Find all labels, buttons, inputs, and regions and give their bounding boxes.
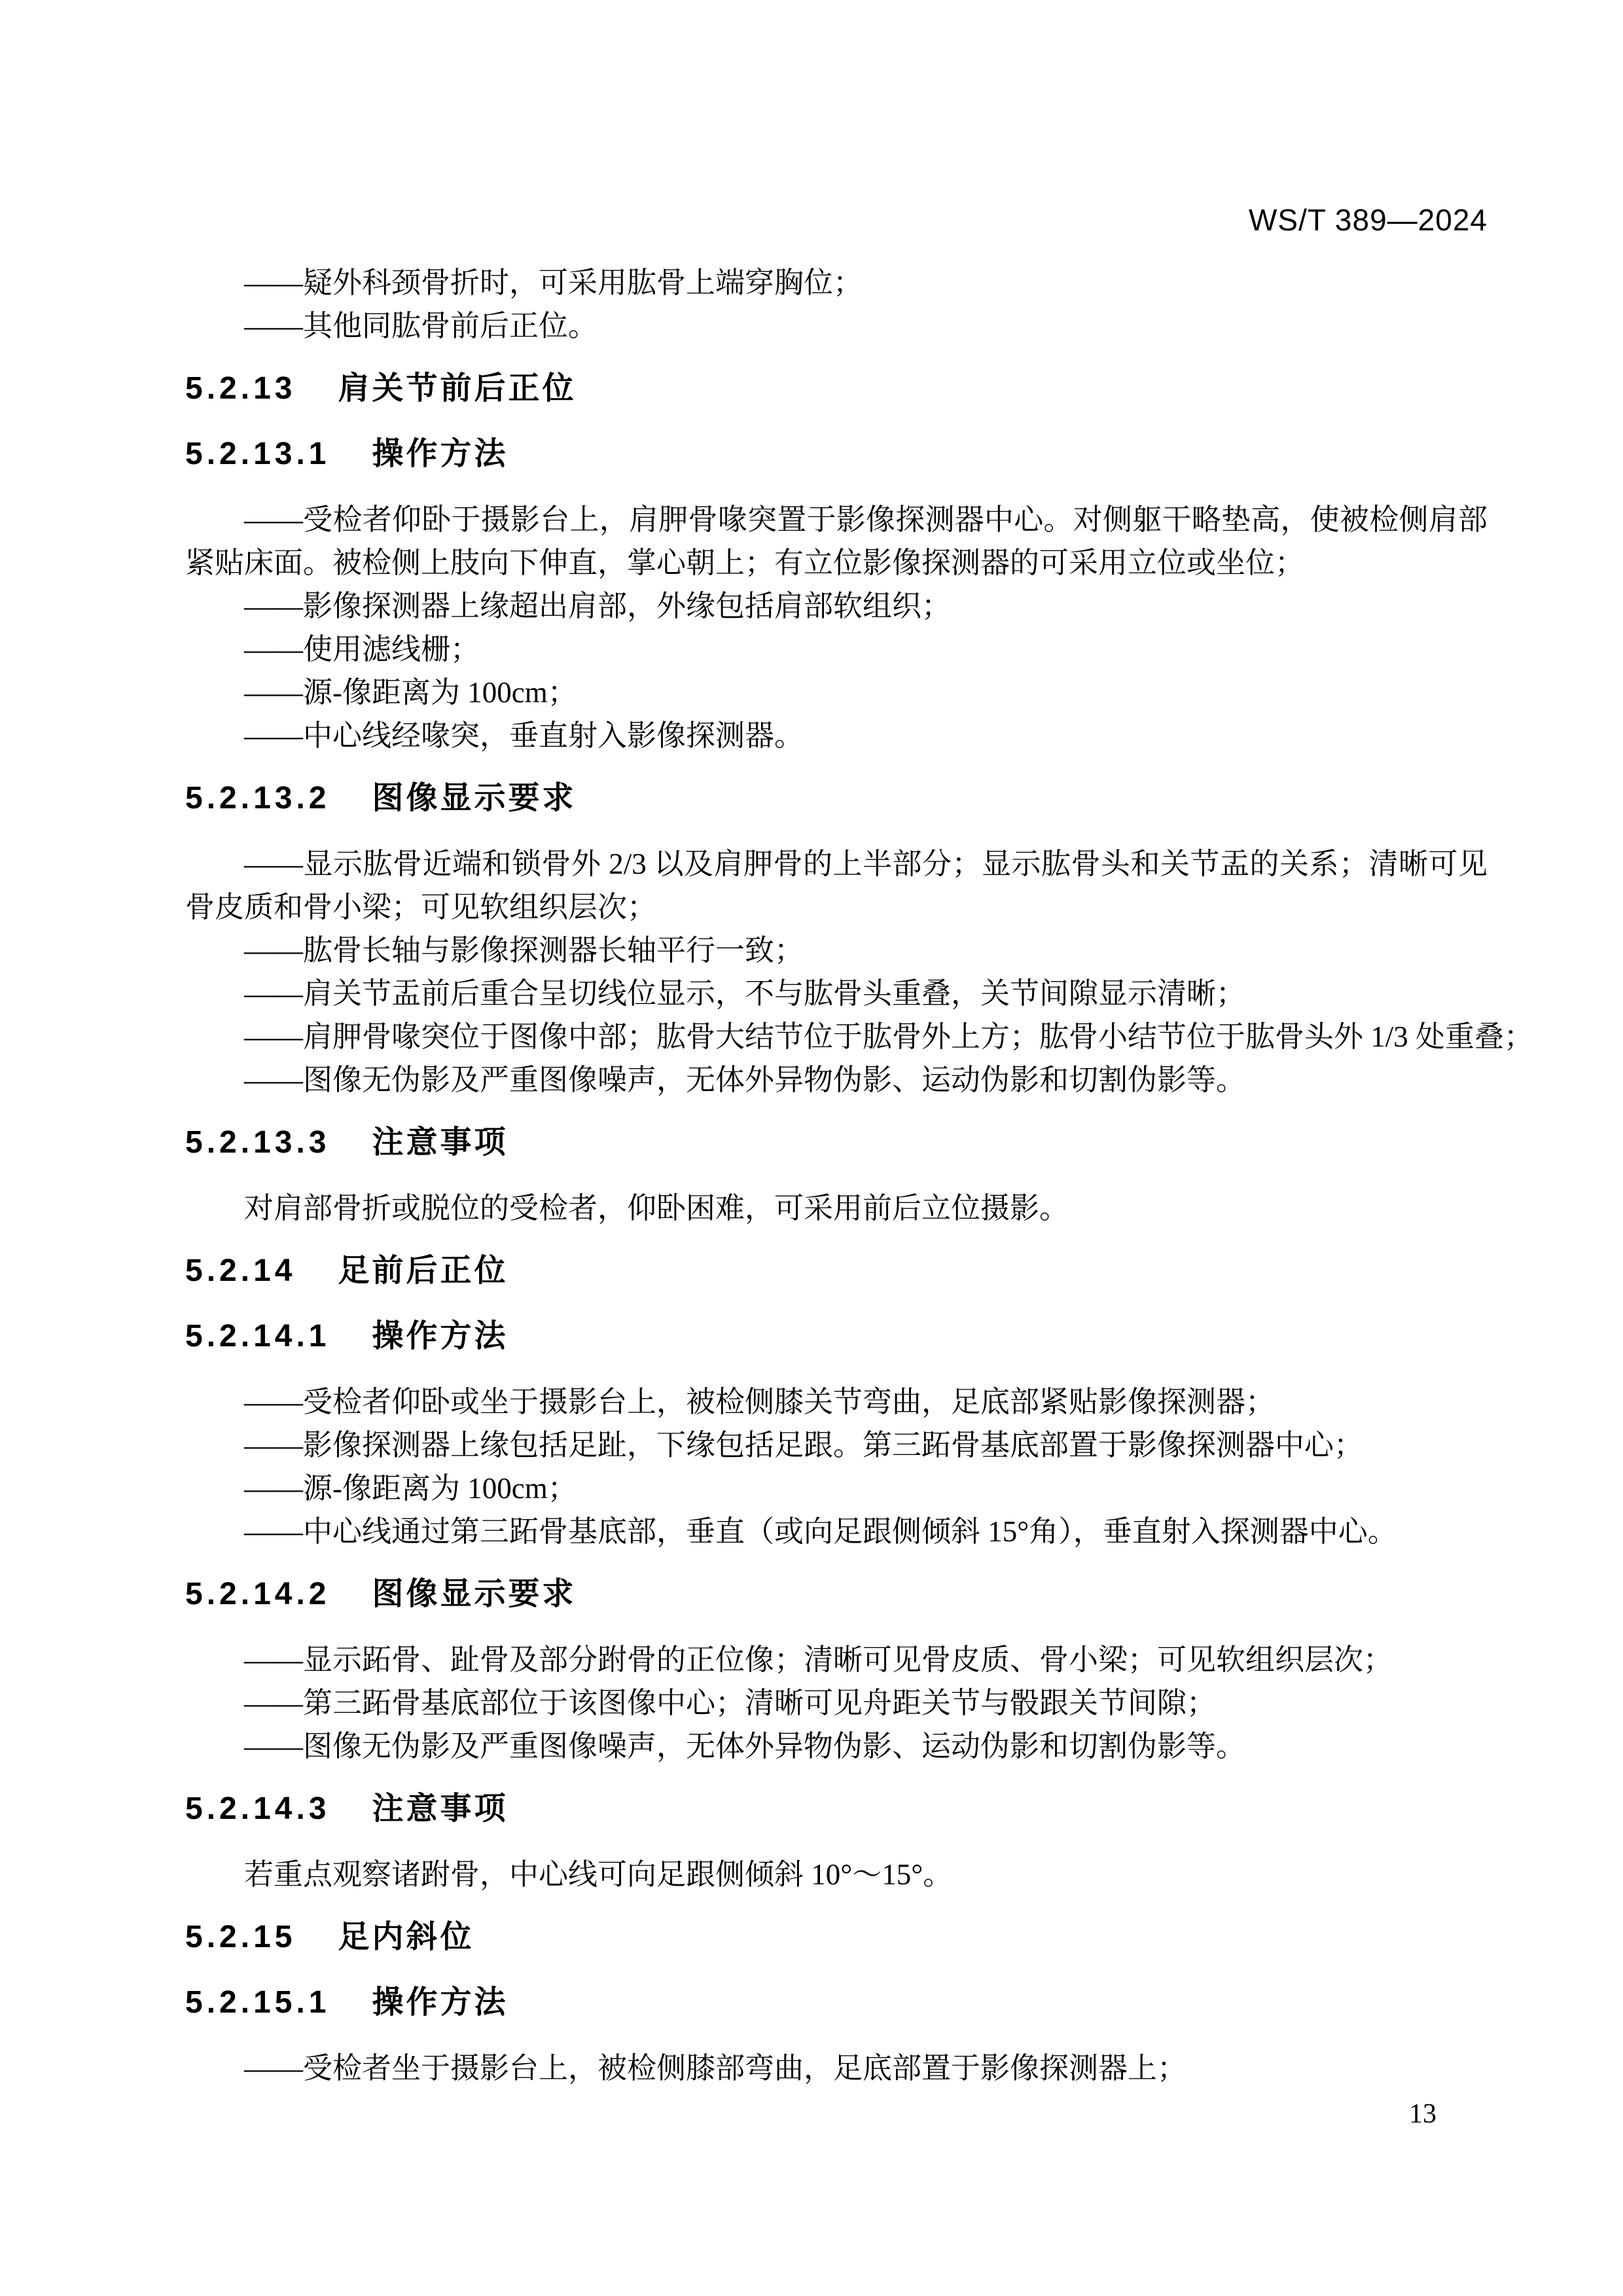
heading-title: 肩关节前后正位	[338, 371, 576, 406]
section-heading: 5.2.15足内斜位	[185, 1916, 1488, 1959]
section-heading: 5.2.13肩关节前后正位	[185, 367, 1488, 410]
dash-item: ——显示跖骨、趾骨及部分跗骨的正位像；清晰可见骨皮质、骨小梁；可见软组织层次；	[185, 1638, 1488, 1681]
page-footer: 13	[185, 2097, 1488, 2131]
clause-heading: 5.2.13.3注意事项	[185, 1121, 1488, 1164]
heading-number: 5.2.15.1	[185, 1985, 330, 2020]
dash-item: ——源-像距离为 100cm；	[185, 1467, 1488, 1510]
heading-number: 5.2.13.2	[185, 781, 330, 816]
doc-code-header: WS/T 389—2024	[185, 203, 1488, 237]
heading-number: 5.2.14.3	[185, 1791, 330, 1826]
dash-item: ——中心线通过第三跖骨基底部，垂直（或向足跟侧倾斜 15°角），垂直射入探测器中…	[185, 1510, 1488, 1553]
heading-number: 5.2.13.1	[185, 437, 330, 471]
document-page: WS/T 389—2024 ——疑外科颈骨折时，可采用肱骨上端穿胸位；——其他同…	[0, 0, 1623, 2296]
content: ——疑外科颈骨折时，可采用肱骨上端穿胸位；——其他同肱骨前后正位。5.2.13肩…	[185, 261, 1488, 2090]
paragraph: ——受检者仰卧于摄影台上，肩胛骨喙突置于影像探测器中心。对侧躯干略垫高，使被检侧…	[185, 498, 1488, 584]
dash-item: ——肩胛骨喙突位于图像中部；肱骨大结节位于肱骨外上方；肱骨小结节位于肱骨头外 1…	[185, 1015, 1488, 1058]
dash-item: ——图像无伪影及严重图像噪声，无体外异物伪影、运动伪影和切割伪影等。	[185, 1725, 1488, 1768]
heading-title: 注意事项	[372, 1125, 508, 1160]
heading-title: 操作方法	[372, 1985, 508, 2020]
heading-number: 5.2.15	[185, 1920, 296, 1954]
dash-item: ——肱骨长轴与影像探测器长轴平行一致；	[185, 929, 1488, 972]
paragraph: 对肩部骨折或脱位的受检者，仰卧困难，可采用前后立位摄影。	[185, 1187, 1488, 1230]
clause-heading: 5.2.13.2图像显示要求	[185, 777, 1488, 820]
heading-number: 5.2.14	[185, 1253, 296, 1288]
section-heading: 5.2.14足前后正位	[185, 1249, 1488, 1293]
dash-item: ——中心线经喙突，垂直射入影像探测器。	[185, 714, 1488, 757]
heading-title: 图像显示要求	[372, 781, 576, 816]
heading-title: 注意事项	[372, 1791, 508, 1826]
dash-item: ——影像探测器上缘超出肩部，外缘包括肩部软组织；	[185, 584, 1488, 628]
heading-title: 足内斜位	[338, 1920, 474, 1954]
paragraph: 若重点观察诸跗骨，中心线可向足跟侧倾斜 10°～15°。	[185, 1853, 1488, 1896]
heading-title: 足前后正位	[338, 1253, 508, 1288]
dash-item: ——源-像距离为 100cm；	[185, 671, 1488, 714]
heading-title: 操作方法	[372, 437, 508, 471]
dash-item: ——使用滤线栅；	[185, 628, 1488, 671]
clause-heading: 5.2.13.1操作方法	[185, 433, 1488, 476]
heading-title: 操作方法	[372, 1319, 508, 1354]
clause-heading: 5.2.14.3注意事项	[185, 1787, 1488, 1831]
clause-heading: 5.2.14.2图像显示要求	[185, 1573, 1488, 1616]
dash-item: ——肩关节盂前后重合呈切线位显示，不与肱骨头重叠，关节间隙显示清晰；	[185, 972, 1488, 1015]
clause-heading: 5.2.15.1操作方法	[185, 1981, 1488, 2024]
heading-number: 5.2.13	[185, 371, 296, 406]
dash-item: ——其他同肱骨前后正位。	[185, 304, 1488, 348]
page-number: 13	[1409, 2097, 1436, 2131]
heading-number: 5.2.14.2	[185, 1577, 330, 1611]
heading-title: 图像显示要求	[372, 1577, 576, 1611]
dash-item: ——第三跖骨基底部位于该图像中心；清晰可见舟距关节与骰跟关节间隙；	[185, 1681, 1488, 1725]
paragraph: ——显示肱骨近端和锁骨外 2/3 以及肩胛骨的上半部分；显示肱骨头和关节盂的关系…	[185, 842, 1488, 929]
dash-item: ——图像无伪影及严重图像噪声，无体外异物伪影、运动伪影和切割伪影等。	[185, 1058, 1488, 1102]
dash-item: ——受检者坐于摄影台上，被检侧膝部弯曲，足底部置于影像探测器上；	[185, 2047, 1488, 2090]
heading-number: 5.2.14.1	[185, 1319, 330, 1354]
heading-number: 5.2.13.3	[185, 1125, 330, 1160]
dash-item: ——影像探测器上缘包括足趾，下缘包括足跟。第三跖骨基底部置于影像探测器中心；	[185, 1424, 1488, 1467]
dash-item: ——疑外科颈骨折时，可采用肱骨上端穿胸位；	[185, 261, 1488, 304]
clause-heading: 5.2.14.1操作方法	[185, 1315, 1488, 1358]
dash-item: ——受检者仰卧或坐于摄影台上，被检侧膝关节弯曲，足底部紧贴影像探测器；	[185, 1380, 1488, 1424]
